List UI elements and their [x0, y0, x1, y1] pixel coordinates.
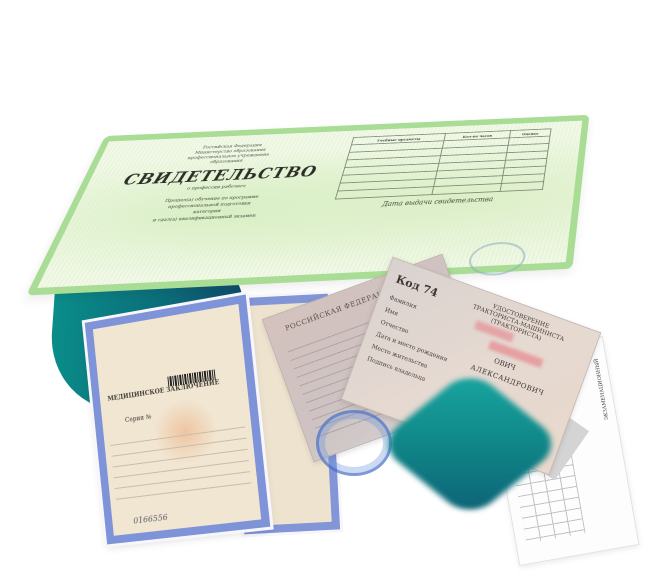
certificate-right-page: Учебные предметы Кол-во часов Оценка Дат… — [331, 128, 551, 210]
serial-number: 0166556 — [133, 513, 168, 526]
blue-seal-icon — [316, 410, 392, 476]
green-certificate: Российская Федерация Министерство образо… — [26, 115, 589, 296]
medical-series: Серия № — [125, 413, 152, 424]
license-title: УДОСТОВЕРЕНИЕ ТРАКТОРИСТА-МАШИНИСТА (ТРА… — [449, 289, 588, 357]
number-label: № — [145, 413, 151, 421]
medical-header-block — [97, 324, 156, 334]
license-title-line: ТРАКТОРИСТА-МАШИНИСТА (ТРАКТОРИСТА) — [449, 296, 585, 357]
seal-icon — [466, 241, 528, 277]
field-value: ОВИЧ — [493, 357, 517, 372]
form-lines — [109, 416, 251, 505]
certificate-left-page: Российская Федерация Министерство образо… — [95, 140, 333, 227]
form-vertical-text: ЭКЗАМЕНАЦИОННЫЙ — [594, 358, 611, 420]
medical-report: МЕДИЦИНСКОЕ ЗАКЛЮЧЕНИЕ Серия № 0166556 — [85, 294, 271, 544]
document-collage: Российская Федерация Министерство образо… — [0, 0, 660, 588]
subjects-table: Учебные предметы Кол-во часов Оценка — [335, 128, 552, 199]
series-label: Серия — [125, 414, 145, 424]
license-fields: Фамилия Имя Отчество Дата и место рожден… — [365, 291, 463, 390]
